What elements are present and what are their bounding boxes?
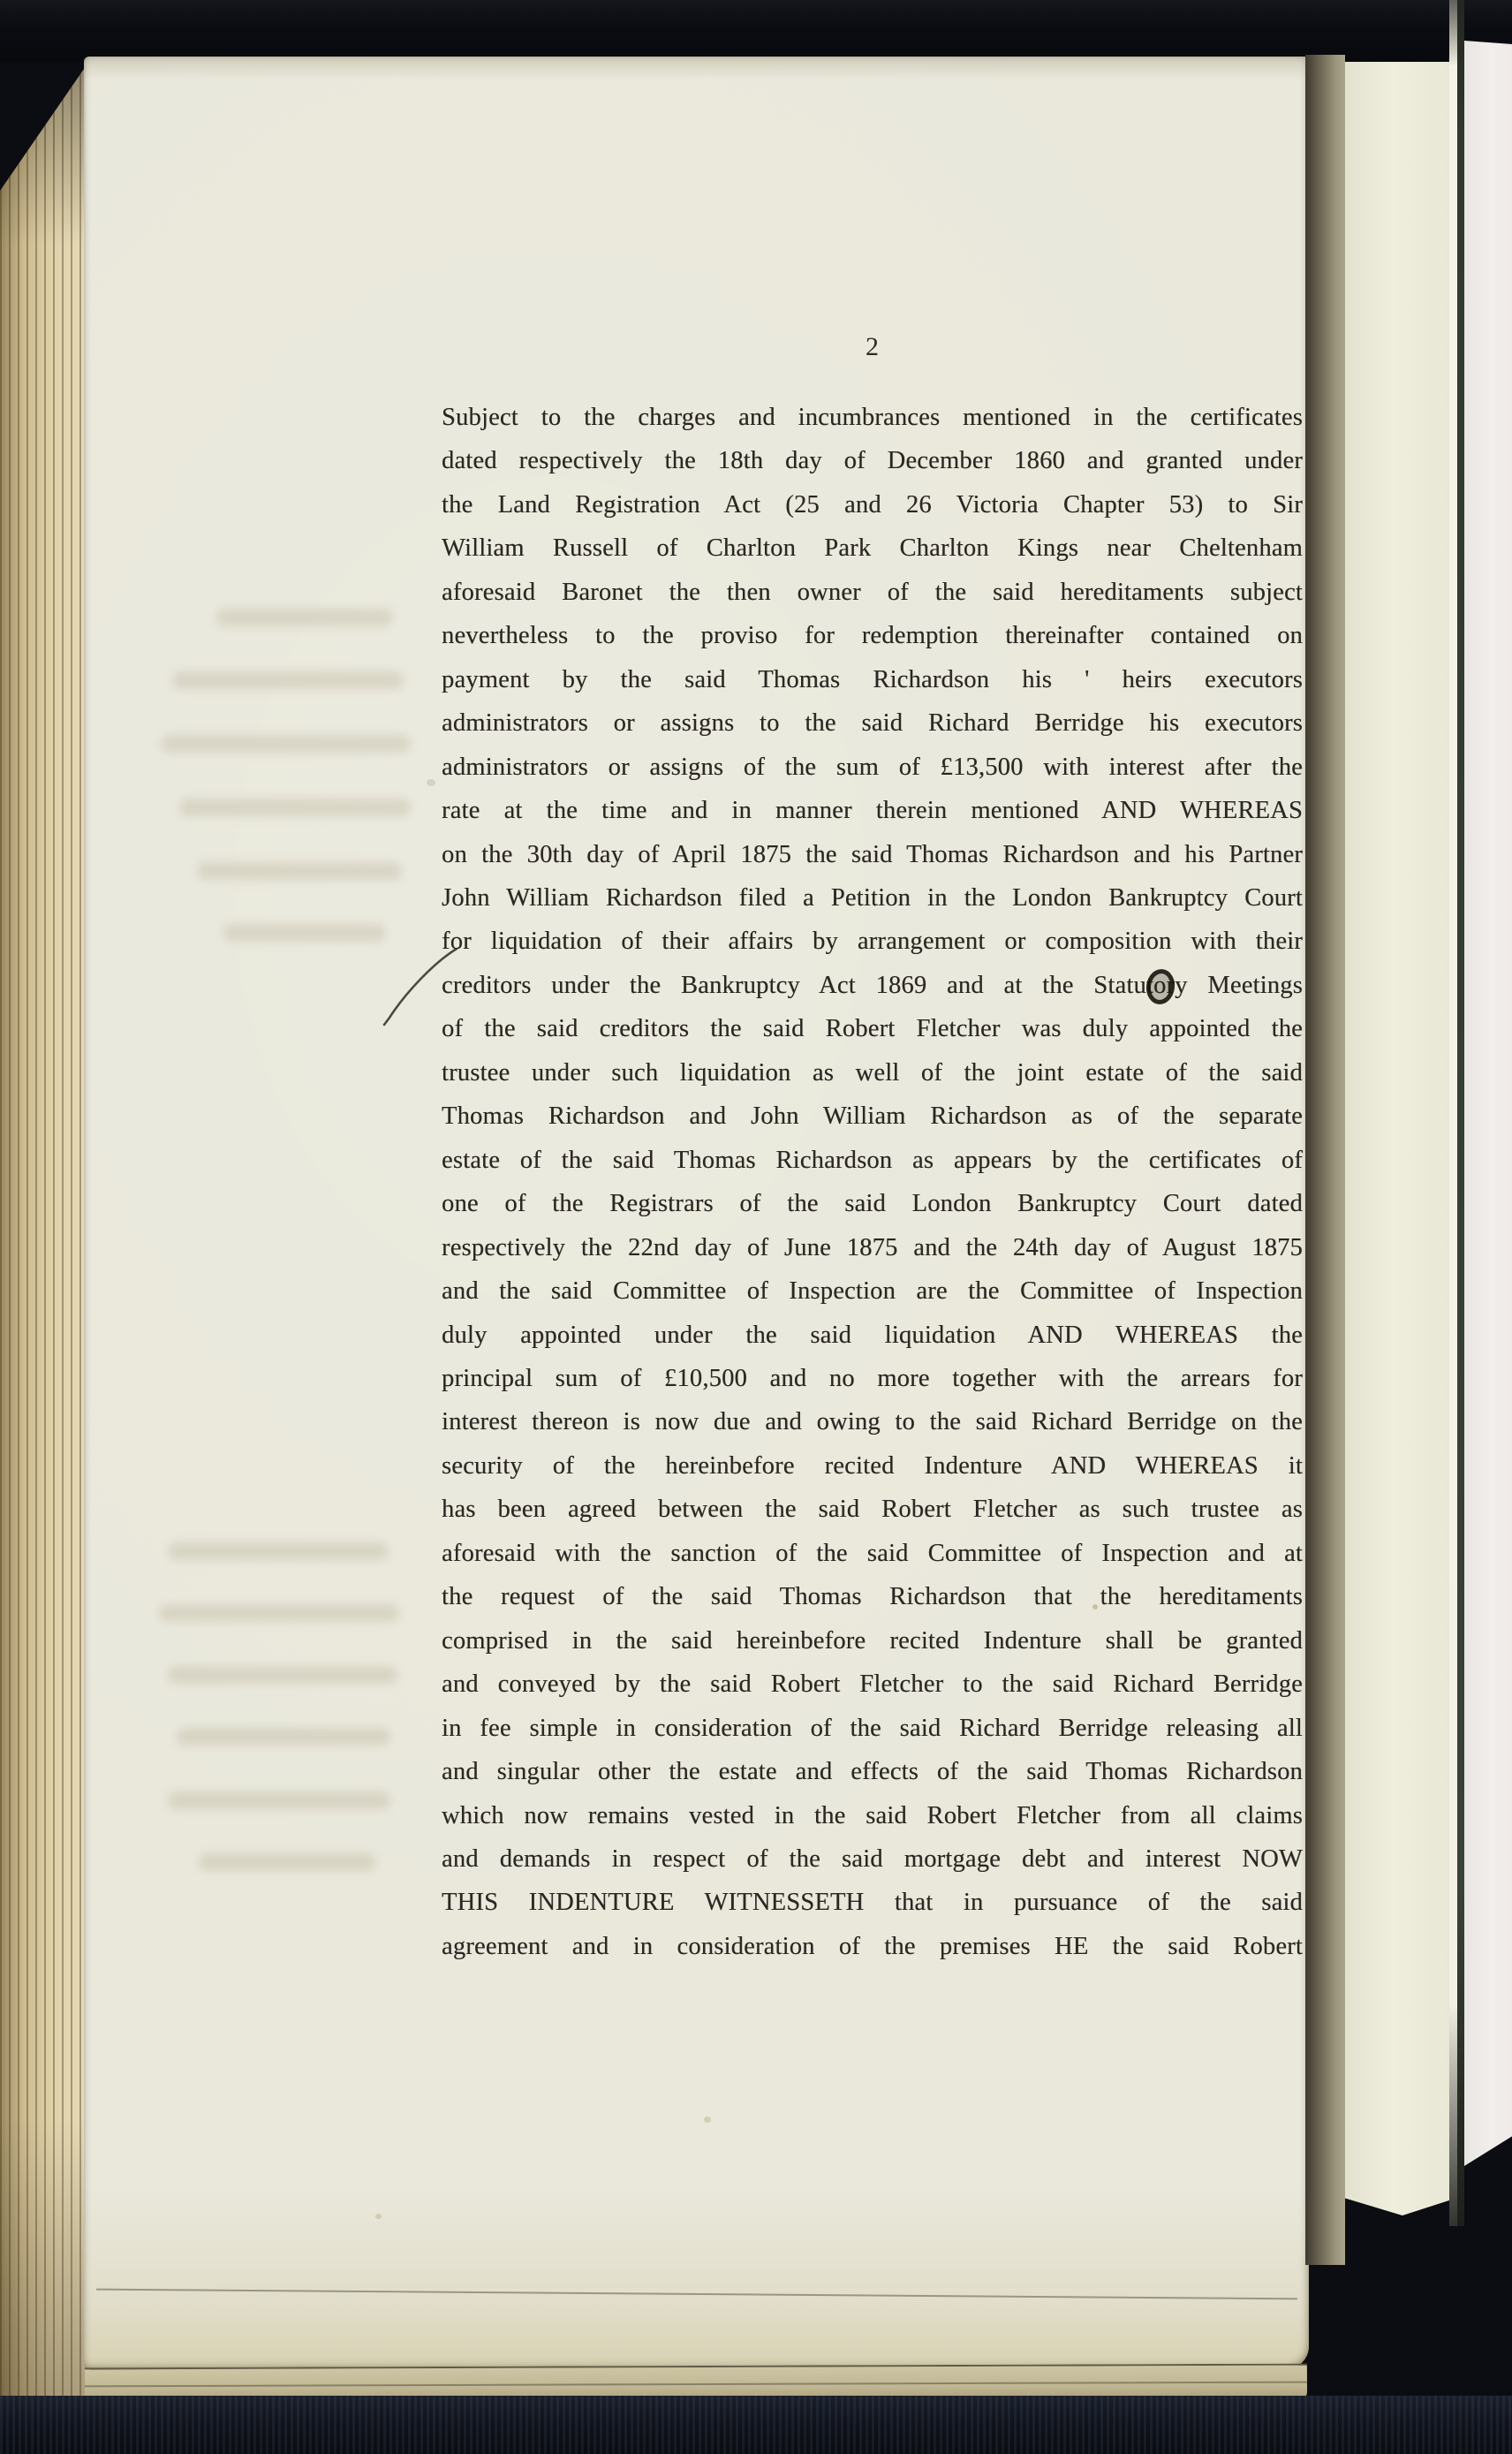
gutter-shadow <box>1305 55 1345 2265</box>
text-line: for liquidation of their affairs by arra… <box>442 920 1303 963</box>
text-line: THIS INDENTURE WITNESSETH that in pursua… <box>442 1881 1303 1924</box>
text-line: administrators or assigns of the sum of … <box>442 746 1303 789</box>
text-line: of the said creditors the said Robert Fl… <box>442 1007 1303 1050</box>
adjacent-page-edge <box>1345 62 1449 2215</box>
document-page: 2 Subject to the charges and incumbrance… <box>84 57 1309 2369</box>
page-edge-stack-left <box>0 51 90 2401</box>
text-line: respectively the 22nd day of June 1875 a… <box>442 1226 1303 1269</box>
text-line: principal sum of £10,500 and no more tog… <box>442 1357 1303 1400</box>
text-line: trustee under such liquidation as well o… <box>442 1051 1303 1094</box>
book-cover-bottom <box>0 2396 1512 2454</box>
text-line: Thomas Richardson and John William Richa… <box>442 1094 1303 1138</box>
text-line: estate of the said Thomas Richardson as … <box>442 1139 1303 1182</box>
pen-stroke-mark <box>375 940 472 1041</box>
text-line: aforesaid with the sanction of the said … <box>442 1532 1303 1575</box>
crease-line <box>96 2289 1297 2299</box>
text-line: duly appointed under the said liquidatio… <box>442 1314 1303 1357</box>
text-line: dated respectively the 18th day of Decem… <box>442 439 1303 482</box>
text-line: in fee simple in consideration of the sa… <box>442 1707 1303 1750</box>
text-line: agreement and in consideration of the pr… <box>442 1925 1303 1968</box>
text-line: one of the Registrars of the said London… <box>442 1182 1303 1225</box>
text-line: the request of the said Thomas Richardso… <box>442 1575 1303 1618</box>
text-line: and singular other the estate and effect… <box>442 1750 1303 1793</box>
book-cover-top <box>0 0 1512 62</box>
text-line: rate at the time and in manner therein m… <box>442 789 1303 832</box>
text-line: security of the hereinbefore recited Ind… <box>442 1444 1303 1488</box>
text-line: the Land Registration Act (25 and 26 Vic… <box>442 483 1303 526</box>
text-line: interest thereon is now due and owing to… <box>442 1400 1303 1443</box>
text-line: and the said Committee of Inspection are… <box>442 1269 1303 1313</box>
text-line: William Russell of Charlton Park Charlto… <box>442 526 1303 570</box>
text-line: comprised in the said hereinbefore recit… <box>442 1619 1303 1663</box>
glass-highlight <box>1449 0 1457 2226</box>
text-line: John William Richardson filed a Petition… <box>442 876 1303 920</box>
body-text: Subject to the charges and incumbrances … <box>442 396 1303 1968</box>
divider-shadow <box>1457 0 1464 2226</box>
text-line: on the 30th day of April 1875 the said T… <box>442 833 1303 876</box>
text-line: aforesaid Baronet the then owner of the … <box>442 571 1303 614</box>
text-line: administrators or assigns to the said Ri… <box>442 701 1303 745</box>
text-line: nevertheless to the proviso for redempti… <box>442 614 1303 657</box>
text-line: Subject to the charges and incumbrances … <box>442 396 1303 439</box>
book-photograph: 2 Subject to the charges and incumbrance… <box>0 0 1512 2454</box>
facing-page-edge <box>1464 41 1512 2166</box>
text-line: payment by the said Thomas Richardson hi… <box>442 658 1303 701</box>
text-line: and conveyed by the said Robert Fletcher… <box>442 1663 1303 1706</box>
text-line: has been agreed between the said Robert … <box>442 1488 1303 1531</box>
page-number: 2 <box>442 332 1303 362</box>
text-line: and demands in respect of the said mortg… <box>442 1837 1303 1881</box>
text-line: which now remains vested in the said Rob… <box>442 1794 1303 1837</box>
